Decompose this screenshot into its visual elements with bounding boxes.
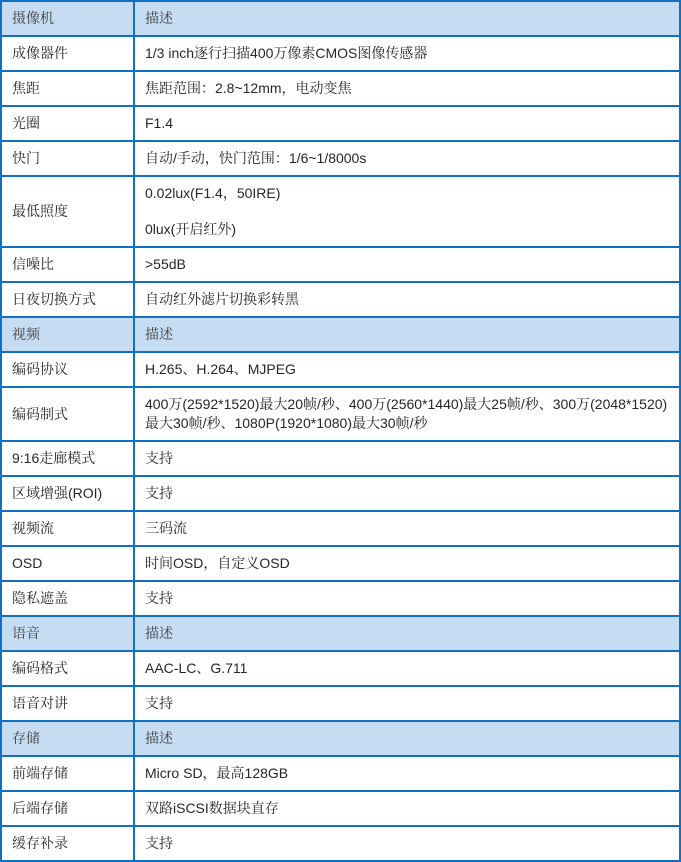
- table-row: 视频流 三码流: [1, 511, 680, 546]
- spec-label: 快门: [1, 141, 134, 176]
- table-row: 信噪比 >55dB: [1, 247, 680, 282]
- table-row: 编码制式 400万(2592*1520)最大20帧/秒、400万(2560*14…: [1, 387, 680, 441]
- spec-label: 隐私遮盖: [1, 581, 134, 616]
- spec-value-line-2: 0lux(开启红外): [145, 220, 669, 239]
- spec-label: 编码协议: [1, 352, 134, 387]
- spec-label: 9:16走廊模式: [1, 441, 134, 476]
- spec-value: 支持: [134, 441, 680, 476]
- section-header-row-audio: 语音 描述: [1, 616, 680, 651]
- spec-value: 自动/手动，快门范围：1/6~1/8000s: [134, 141, 680, 176]
- table-row: 前端存储 Micro SD，最高128GB: [1, 756, 680, 791]
- section-desc-header: 描述: [134, 616, 680, 651]
- table-row: 9:16走廊模式 支持: [1, 441, 680, 476]
- table-row: 编码格式 AAC-LC、G.711: [1, 651, 680, 686]
- table-row: 区域增强(ROI) 支持: [1, 476, 680, 511]
- spec-value: 400万(2592*1520)最大20帧/秒、400万(2560*1440)最大…: [134, 387, 680, 441]
- spec-value: 支持: [134, 476, 680, 511]
- table-row: 缓存补录 支持: [1, 826, 680, 861]
- spec-label: 光圈: [1, 106, 134, 141]
- table-row: 后端存储 双路iSCSI数据块直存: [1, 791, 680, 826]
- spec-label: 编码制式: [1, 387, 134, 441]
- spec-label: 编码格式: [1, 651, 134, 686]
- spec-value: 双路iSCSI数据块直存: [134, 791, 680, 826]
- spec-value: 0.02lux(F1.4，50IRE) 0lux(开启红外): [134, 176, 680, 247]
- spec-label: 焦距: [1, 71, 134, 106]
- spec-label: 日夜切换方式: [1, 282, 134, 317]
- section-title: 语音: [1, 616, 134, 651]
- spec-value: 支持: [134, 826, 680, 861]
- spec-value: Micro SD，最高128GB: [134, 756, 680, 791]
- table-row: 成像器件 1/3 inch逐行扫描400万像素CMOS图像传感器: [1, 36, 680, 71]
- spec-value: F1.4: [134, 106, 680, 141]
- section-desc-header: 描述: [134, 1, 680, 36]
- spec-value: H.265、H.264、MJPEG: [134, 352, 680, 387]
- spec-value-line-1: 0.02lux(F1.4，50IRE): [145, 184, 669, 203]
- spec-label: 视频流: [1, 511, 134, 546]
- section-header-row-camera: 摄像机 描述: [1, 1, 680, 36]
- spec-value: 1/3 inch逐行扫描400万像素CMOS图像传感器: [134, 36, 680, 71]
- section-header-row-video: 视频 描述: [1, 317, 680, 352]
- table-row: 编码协议 H.265、H.264、MJPEG: [1, 352, 680, 387]
- spec-value: 支持: [134, 581, 680, 616]
- spec-value: 时间OSD，自定义OSD: [134, 546, 680, 581]
- spec-label: 最低照度: [1, 176, 134, 247]
- spec-label: 语音对讲: [1, 686, 134, 721]
- spec-label: 区域增强(ROI): [1, 476, 134, 511]
- table-row: 焦距 焦距范围：2.8~12mm，电动变焦: [1, 71, 680, 106]
- spec-label: 缓存补录: [1, 826, 134, 861]
- section-title: 存储: [1, 721, 134, 756]
- section-title: 视频: [1, 317, 134, 352]
- section-desc-header: 描述: [134, 317, 680, 352]
- section-header-row-storage: 存储 描述: [1, 721, 680, 756]
- table-row: 语音对讲 支持: [1, 686, 680, 721]
- spec-label: 成像器件: [1, 36, 134, 71]
- section-desc-header: 描述: [134, 721, 680, 756]
- spec-value: 支持: [134, 686, 680, 721]
- spec-label: 前端存储: [1, 756, 134, 791]
- table-row: 最低照度 0.02lux(F1.4，50IRE) 0lux(开启红外): [1, 176, 680, 247]
- spec-value: 三码流: [134, 511, 680, 546]
- spec-label: OSD: [1, 546, 134, 581]
- spec-label: 信噪比: [1, 247, 134, 282]
- spec-value: >55dB: [134, 247, 680, 282]
- table-row: 快门 自动/手动，快门范围：1/6~1/8000s: [1, 141, 680, 176]
- spec-value: 自动红外滤片切换彩转黑: [134, 282, 680, 317]
- table-row: 隐私遮盖 支持: [1, 581, 680, 616]
- spec-label: 后端存储: [1, 791, 134, 826]
- spec-value: 焦距范围：2.8~12mm，电动变焦: [134, 71, 680, 106]
- table-row: 光圈 F1.4: [1, 106, 680, 141]
- table-row: OSD 时间OSD，自定义OSD: [1, 546, 680, 581]
- section-title: 摄像机: [1, 1, 134, 36]
- spec-table: 摄像机 描述 成像器件 1/3 inch逐行扫描400万像素CMOS图像传感器 …: [0, 0, 681, 862]
- spec-value: AAC-LC、G.711: [134, 651, 680, 686]
- table-row: 日夜切换方式 自动红外滤片切换彩转黑: [1, 282, 680, 317]
